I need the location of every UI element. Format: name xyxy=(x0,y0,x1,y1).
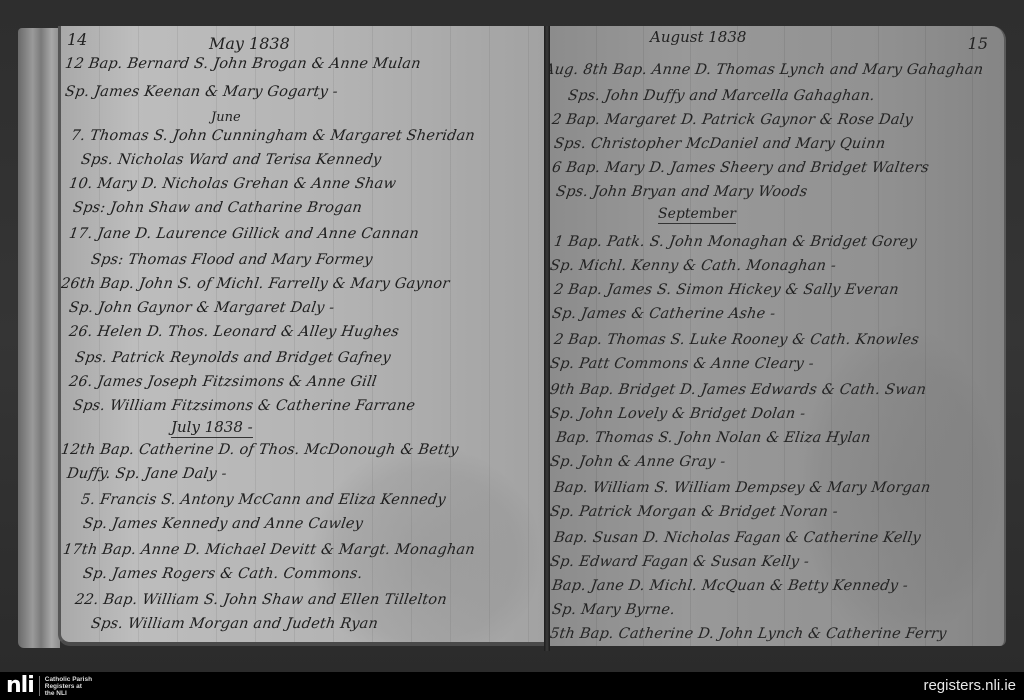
register-line: Sps. Nicholas Ward and Terisa Kennedy xyxy=(80,152,546,168)
register-line: Sps: John Shaw and Catharine Brogan xyxy=(72,200,546,216)
logo-caption-line: Catholic Parish xyxy=(45,676,92,683)
left-page: 14 May 1838 12 Bap. Bernard S. John Brog… xyxy=(58,26,546,646)
register-line: 26th Bap. John S. of Michl. Farrelly & M… xyxy=(60,276,546,292)
register-line: Duffy. Sp. Jane Daly - xyxy=(66,466,546,482)
register-line: Sp. Mary Byrne. xyxy=(551,602,1005,618)
register-line: Sps. John Bryan and Mary Woods xyxy=(555,184,1005,200)
register-line: Sps. Christopher McDaniel and Mary Quinn xyxy=(553,136,1005,152)
register-line: 2 Bap. Margaret D. Patrick Gaynor & Rose… xyxy=(551,112,1005,128)
folio-number-left: 14 xyxy=(67,30,87,49)
register-line: Aug. 8th Bap. Anne D. Thomas Lynch and M… xyxy=(550,62,1005,78)
register-line: Sp. Michl. Kenny & Cath. Monaghan - xyxy=(550,258,1005,274)
register-line: Sps. William Fitzsimons & Catherine Farr… xyxy=(72,398,546,414)
register-line: 12 Bap. Bernard S. John Brogan & Anne Mu… xyxy=(64,56,546,72)
register-line: Bap. William S. William Dempsey & Mary M… xyxy=(553,480,1005,496)
right-page: August 1838 15 Aug. 8th Bap. Anne D. Tho… xyxy=(550,26,1006,646)
register-line: Sp. Patt Commons & Anne Cleary - xyxy=(550,356,1005,372)
image-viewer[interactable]: 14 May 1838 12 Bap. Bernard S. John Brog… xyxy=(0,0,1024,672)
register-line: Sp. James Rogers & Cath. Commons. xyxy=(82,566,546,582)
register-line: 17th Bap. Anne D. Michael Devitt & Margt… xyxy=(62,542,546,558)
register-line: Sp. John Lovely & Bridget Dolan - xyxy=(550,406,1005,422)
nli-logo[interactable]: nli Catholic Parish Registers at the NLI xyxy=(6,674,92,698)
register-line: 12th Bap. Catherine D. of Thos. McDonoug… xyxy=(60,442,546,458)
register-line: 17. Jane D. Laurence Gillick and Anne Ca… xyxy=(68,226,546,242)
month-heading-september: September xyxy=(658,206,736,224)
month-heading-july: July 1838 - xyxy=(171,418,253,438)
month-heading-june: June xyxy=(211,110,241,125)
register-line: 2 Bap. Thomas S. Luke Rooney & Cath. Kno… xyxy=(553,332,1005,348)
register-line: 26. Helen D. Thos. Leonard & Alley Hughe… xyxy=(68,324,546,340)
register-line: Sps. William Morgan and Judeth Ryan xyxy=(90,616,546,632)
nli-logo-mark: nli xyxy=(6,674,34,698)
register-line: Sp. Patrick Morgan & Bridget Noran - xyxy=(550,504,1005,520)
logo-caption-line: the NLI xyxy=(45,690,92,697)
month-heading-august: August 1838 xyxy=(650,28,746,46)
register-line: Sp. James & Catherine Ashe - xyxy=(551,306,1005,322)
register-line: 7. Thomas S. John Cunningham & Margaret … xyxy=(70,128,546,144)
register-book-spread: 14 May 1838 12 Bap. Bernard S. John Brog… xyxy=(18,26,1008,651)
register-line: Bap. Jane D. Michl. McQuan & Betty Kenne… xyxy=(551,578,1005,594)
register-line: 22. Bap. William S. John Shaw and Ellen … xyxy=(74,592,546,608)
footer-bar: nli Catholic Parish Registers at the NLI… xyxy=(0,672,1024,700)
register-line: Sps. Patrick Reynolds and Bridget Gafney xyxy=(74,350,546,366)
site-url-link[interactable]: registers.nli.ie xyxy=(923,677,1016,694)
logo-divider xyxy=(39,676,40,696)
register-line: Sp. John & Anne Gray - xyxy=(550,454,1005,470)
register-line: Sps: Thomas Flood and Mary Formey xyxy=(90,252,546,268)
register-line: 6 Bap. Mary D. James Sheery and Bridget … xyxy=(551,160,1005,176)
folio-number-right: 15 xyxy=(968,34,988,53)
register-line: Sp. John Gaynor & Margaret Daly - xyxy=(68,300,546,316)
register-line: Sps. John Duffy and Marcella Gahaghan. xyxy=(567,88,1005,104)
book-binding-edge xyxy=(18,28,60,648)
register-line: 10. Mary D. Nicholas Grehan & Anne Shaw xyxy=(68,176,546,192)
register-line: 2 Bap. James S. Simon Hickey & Sally Eve… xyxy=(553,282,1005,298)
register-line: Bap. Thomas S. John Nolan & Eliza Hylan xyxy=(555,430,1005,446)
register-line: 9th Bap. Bridget D. James Edwards & Cath… xyxy=(550,382,1005,398)
register-line: Sp. James Kennedy and Anne Cawley xyxy=(82,516,546,532)
register-line: 1 Bap. Patk. S. John Monaghan & Bridget … xyxy=(553,234,1005,250)
register-line: 5. Francis S. Antony McCann and Eliza Ke… xyxy=(80,492,546,508)
register-line: 26. James Joseph Fitzsimons & Anne Gill xyxy=(68,374,546,390)
register-line: Bap. Susan D. Nicholas Fagan & Catherine… xyxy=(553,530,1005,546)
register-line: Sp. James Keenan & Mary Gogarty - xyxy=(64,84,546,100)
register-line: 5th Bap. Catherine D. John Lynch & Cathe… xyxy=(550,626,1005,642)
logo-caption-line: Registers at xyxy=(45,683,92,690)
logo-caption: Catholic Parish Registers at the NLI xyxy=(45,676,92,697)
month-heading-may: May 1838 xyxy=(209,34,290,53)
register-line: Sp. Edward Fagan & Susan Kelly - xyxy=(550,554,1005,570)
